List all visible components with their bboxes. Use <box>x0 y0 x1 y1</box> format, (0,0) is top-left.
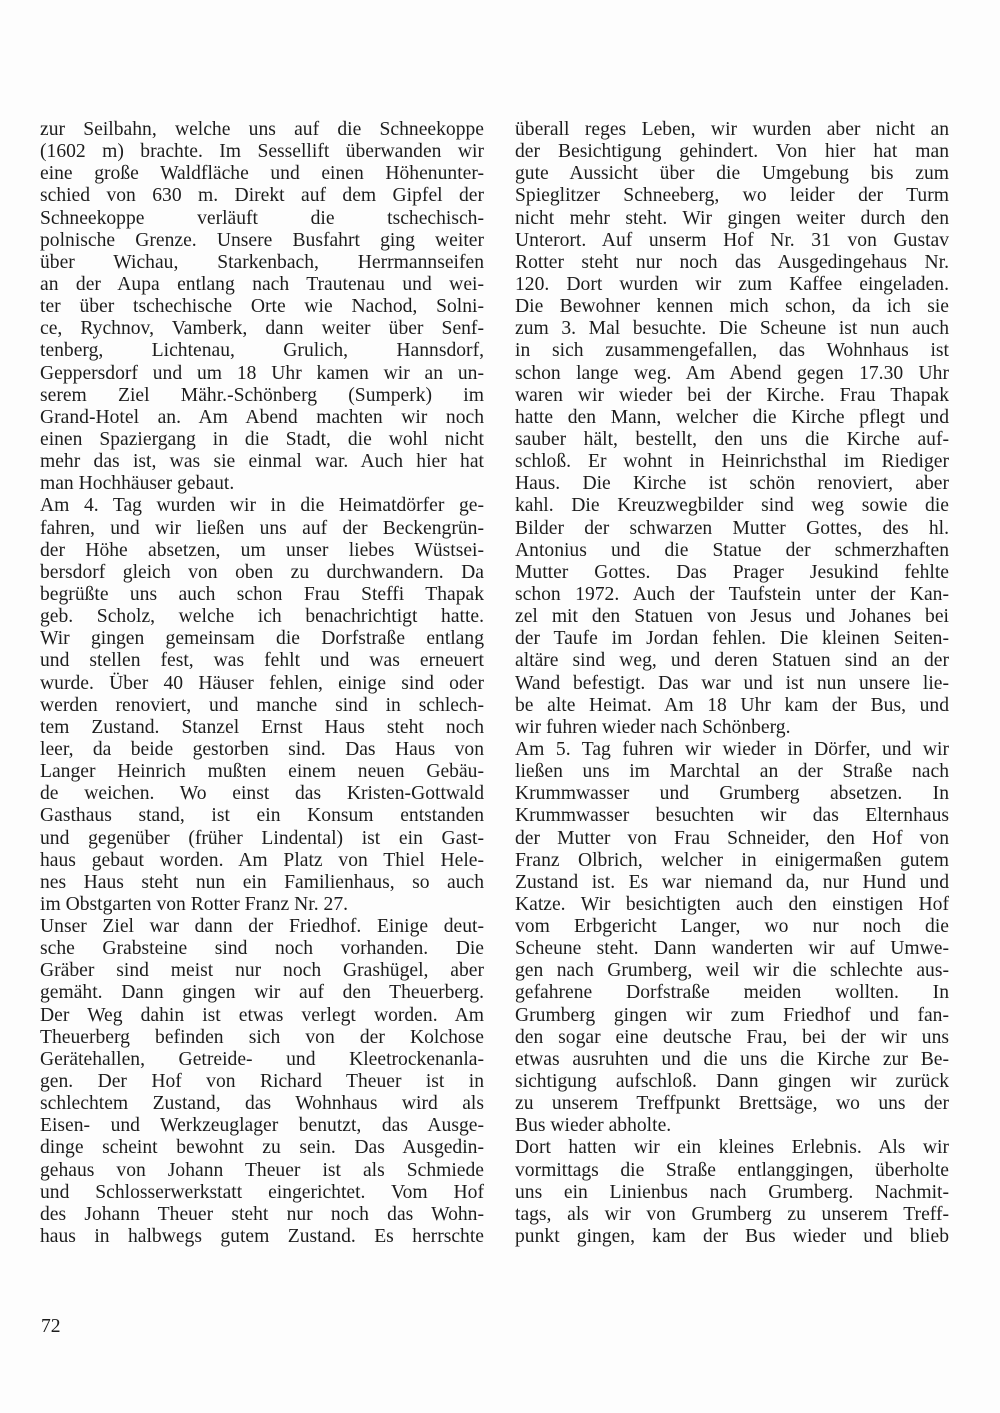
text-line: Mutter Gottes. Das Prager Jesukind fehlt… <box>515 562 949 584</box>
text-line: bersdorf gleich von oben zu durchwandern… <box>40 562 484 584</box>
text-line: im Obstgarten von Rotter Franz Nr. 27. <box>40 894 484 916</box>
text-line: Unser Ziel war dann der Friedhof. Einige… <box>40 916 484 938</box>
book-page: zur Seilbahn, welche uns auf die Schneek… <box>0 0 1000 1413</box>
text-line: sichtigung aufschloß. Dann gingen wir zu… <box>515 1071 949 1093</box>
text-line: serem Ziel Mähr.-Schönberg (Sumperk) im <box>40 385 484 407</box>
text-line: werden renoviert, und manche sind in sch… <box>40 695 484 717</box>
left-text-column: zur Seilbahn, welche uns auf die Schneek… <box>40 119 484 1248</box>
text-line: Am 5. Tag fuhren wir wieder in Dörfer, u… <box>515 739 949 761</box>
text-line: Dort hatten wir ein kleines Erlebnis. Al… <box>515 1137 949 1159</box>
text-line: Haus. Die Kirche ist schön renoviert, ab… <box>515 473 949 495</box>
text-line: ließen uns im Marchtal an der Straße nac… <box>515 761 949 783</box>
text-line: haus in halbwegs gutem Zustand. Es herrs… <box>40 1226 484 1248</box>
text-line: hatte den Mann, welcher die Kirche pfleg… <box>515 407 949 429</box>
text-line: haus gebaut worden. Am Platz von Thiel H… <box>40 850 484 872</box>
text-line: Wand befestigt. Das war und ist nun unse… <box>515 673 949 695</box>
text-line: gen. Der Hof von Richard Theuer ist in <box>40 1071 484 1093</box>
text-line: gemäht. Dann gingen wir auf den Theuerbe… <box>40 982 484 1004</box>
text-line: kahl. Die Kreuzwegbilder sind weg sowie … <box>515 495 949 517</box>
text-line: schied von 630 m. Direkt auf dem Gipfel … <box>40 185 484 207</box>
text-line: Gräber sind meist nur noch Grashügel, ab… <box>40 960 484 982</box>
text-line: polnische Grenze. Unsere Busfahrt ging w… <box>40 230 484 252</box>
text-line: schlechtem Zustand, das Wohnhaus wird al… <box>40 1093 484 1115</box>
text-line: Krummwasser und Grumberg absetzen. In <box>515 783 949 805</box>
text-line: sche Grabsteine sind noch vorhanden. Die <box>40 938 484 960</box>
text-line: uns ein Linienbus nach Grumberg. Nachmit… <box>515 1182 949 1204</box>
text-line: 120. Dort wurden wir zum Kaffee eingelad… <box>515 274 949 296</box>
text-line: sauber hält, bestellt, den uns die Kirch… <box>515 429 949 451</box>
text-line: geb. Scholz, welche ich benachrichtigt h… <box>40 606 484 628</box>
text-line: Gerätehallen, Getreide- und Kleetrockena… <box>40 1049 484 1071</box>
text-line: der Höhe absetzen, um unser liebes Wüsts… <box>40 540 484 562</box>
text-line: der Mutter von Frau Schneider, den Hof v… <box>515 828 949 850</box>
text-line: überall reges Leben, wir wurden aber nic… <box>515 119 949 141</box>
text-line: Grand-Hotel an. Am Abend machten wir noc… <box>40 407 484 429</box>
right-text-column: überall reges Leben, wir wurden aber nic… <box>515 119 949 1248</box>
text-line: mehr das ist, was sie einmal war. Auch h… <box>40 451 484 473</box>
text-line: wir fuhren wieder nach Schönberg. <box>515 717 949 739</box>
text-line: zu unserem Treffpunkt Brettsäge, wo uns … <box>515 1093 949 1115</box>
text-line: be alte Heimat. Am 18 Uhr kam der Bus, u… <box>515 695 949 717</box>
text-line: der Besichtigung gehindert. Von hier hat… <box>515 141 949 163</box>
text-line: Am 4. Tag wurden wir in die Heimatdörfer… <box>40 495 484 517</box>
text-line: tenberg, Lichtenau, Grulich, Hannsdorf, <box>40 340 484 362</box>
text-line: ter über tschechische Orte wie Nachod, S… <box>40 296 484 318</box>
text-line: Scheune steht. Dann wanderten wir auf Um… <box>515 938 949 960</box>
text-line: fahren, und wir ließen uns auf der Becke… <box>40 518 484 540</box>
text-line: Krummwasser besuchten wir das Elternhaus <box>515 805 949 827</box>
text-line: der Taufe im Jordan fehlen. Die kleinen … <box>515 628 949 650</box>
text-line: vom Erbgericht Langer, wo nur noch die <box>515 916 949 938</box>
text-line: vormittags die Straße entlanggingen, übe… <box>515 1160 949 1182</box>
text-line: punkt gingen, kam der Bus wieder und bli… <box>515 1226 949 1248</box>
text-line: (1602 m) brachte. Im Sessellift überwand… <box>40 141 484 163</box>
text-line: wurde. Über 40 Häuser fehlen, einige sin… <box>40 673 484 695</box>
text-line: Wir gingen gemeinsam die Dorfstraße entl… <box>40 628 484 650</box>
text-line: Zustand ist. Es war niemand da, nur Hund… <box>515 872 949 894</box>
text-line: gefahrene Dorfstraße meiden wollten. In <box>515 982 949 1004</box>
page-number: 72 <box>41 1316 61 1338</box>
text-line: begrüßte uns auch schon Frau Steffi Thap… <box>40 584 484 606</box>
text-line: nicht mehr steht. Wir gingen weiter durc… <box>515 208 949 230</box>
text-line: zel mit den Statuen von Jesus und Johane… <box>515 606 949 628</box>
text-line: Schneekoppe verläuft die tschechisch- <box>40 208 484 230</box>
text-line: Der Weg dahin ist etwas verlegt worden. … <box>40 1005 484 1027</box>
text-line: tem Zustand. Stanzel Ernst Haus steht no… <box>40 717 484 739</box>
text-line: schon 1972. Auch der Taufstein unter der… <box>515 584 949 606</box>
text-line: den sogar eine deutsche Frau, bei der wi… <box>515 1027 949 1049</box>
text-line: dinge scheint bewohnt zu sein. Das Ausge… <box>40 1137 484 1159</box>
text-line: gehaus von Johann Theuer ist als Schmied… <box>40 1160 484 1182</box>
text-line: einen Spaziergang in die Stadt, die wohl… <box>40 429 484 451</box>
text-line: Antonius und die Statue der schmerzhafte… <box>515 540 949 562</box>
text-line: schon lange weg. Am Abend gegen 17.30 Uh… <box>515 363 949 385</box>
text-line: und stellen fest, was fehlt und was erne… <box>40 650 484 672</box>
text-line: schloß. Er wohnt in Heinrichsthal im Rie… <box>515 451 949 473</box>
text-line: waren wir wieder bei der Kirche. Frau Th… <box>515 385 949 407</box>
text-line: Franz Olbrich, welcher in einigermaßen g… <box>515 850 949 872</box>
text-line: gute Aussicht über die Umgebung bis zum <box>515 163 949 185</box>
text-line: Langer Heinrich mußten einem neuen Gebäu… <box>40 761 484 783</box>
text-line: Katze. Wir besichtigten auch den einstig… <box>515 894 949 916</box>
text-line: Geppersdorf und um 18 Uhr kamen wir an u… <box>40 363 484 385</box>
text-line: man Hochhäuser gebaut. <box>40 473 484 495</box>
text-line: Bilder der schwarzen Mutter Gottes, des … <box>515 518 949 540</box>
text-line: Spieglitzer Schneeberg, wo leider der Tu… <box>515 185 949 207</box>
text-line: tags, als wir von Grumberg zu unserem Tr… <box>515 1204 949 1226</box>
text-line: gen nach Grumberg, weil wir die schlecht… <box>515 960 949 982</box>
text-line: in sich zusammengefallen, das Wohnhaus i… <box>515 340 949 362</box>
text-line: und Schlosserwerkstatt eingerichtet. Vom… <box>40 1182 484 1204</box>
text-line: Grumberg gingen wir zum Friedhof und fan… <box>515 1005 949 1027</box>
text-line: altäre sind weg, und deren Statuen sind … <box>515 650 949 672</box>
text-line: des Johann Theuer steht nur noch das Woh… <box>40 1204 484 1226</box>
text-line: Theuerberg befinden sich von der Kolchos… <box>40 1027 484 1049</box>
text-line: ce, Rychnov, Vamberk, dann weiter über S… <box>40 318 484 340</box>
text-line: nes Haus steht nun ein Familienhaus, so … <box>40 872 484 894</box>
text-line: Rotter steht nur noch das Ausgedingehaus… <box>515 252 949 274</box>
text-line: über Wichau, Starkenbach, Herrmannseifen <box>40 252 484 274</box>
text-line: Eisen- und Werkzeuglager benutzt, das Au… <box>40 1115 484 1137</box>
text-line: Gasthaus stand, ist ein Konsum entstande… <box>40 805 484 827</box>
text-line: de weichen. Wo einst das Kristen-Gottwal… <box>40 783 484 805</box>
text-line: eine große Waldfläche und einen Höhenunt… <box>40 163 484 185</box>
text-line: Unterort. Auf unserm Hof Nr. 31 von Gust… <box>515 230 949 252</box>
text-line: zur Seilbahn, welche uns auf die Schneek… <box>40 119 484 141</box>
text-line: und gegenüber (früher Lindental) ist ein… <box>40 828 484 850</box>
text-line: an der Aupa entlang nach Trautenau und w… <box>40 274 484 296</box>
text-line: Die Bewohner kennen mich schon, da ich s… <box>515 296 949 318</box>
text-line: leer, da beide gestorben sind. Das Haus … <box>40 739 484 761</box>
text-line: zum 3. Mal besuchte. Die Scheune ist nun… <box>515 318 949 340</box>
text-line: etwas ausruhten und die uns die Kirche z… <box>515 1049 949 1071</box>
text-line: Bus wieder abholte. <box>515 1115 949 1137</box>
